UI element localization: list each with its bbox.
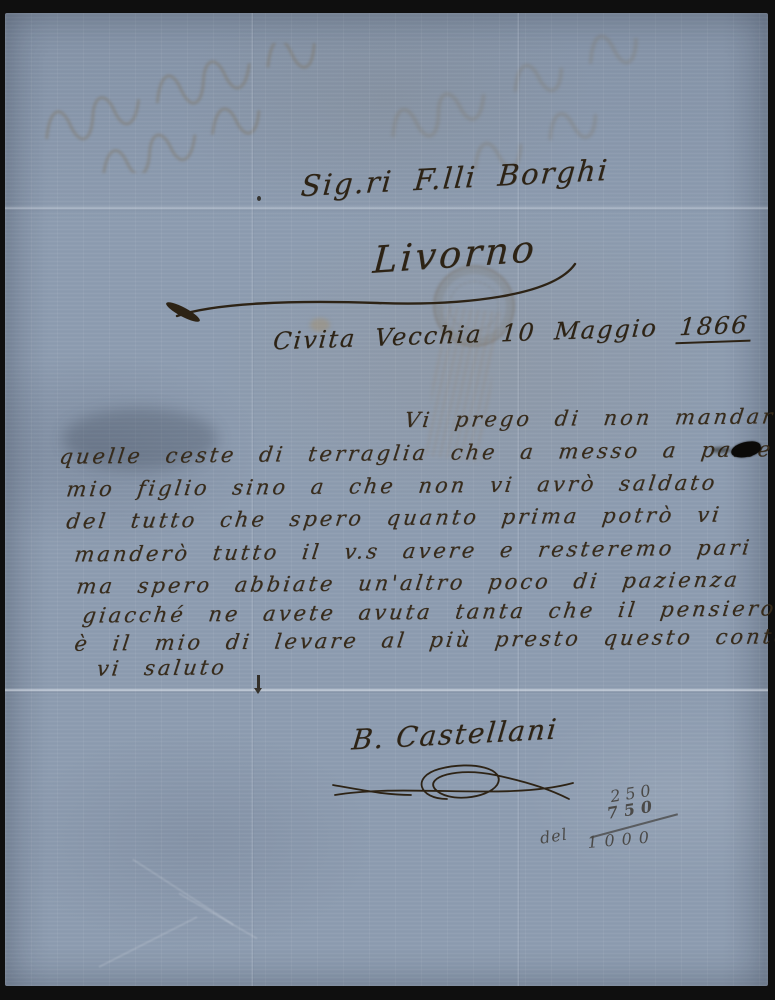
photo-background: Sig.ri F.lli Borghi Livorno Civita Vecch… (0, 0, 775, 1000)
fold-ink-mark (257, 675, 260, 690)
corner-scratch (179, 893, 258, 940)
signature-line: B. Castellani (303, 710, 606, 759)
body-line: giacché ne avete avuta tanta che il pens… (81, 596, 775, 627)
ink-smear (711, 447, 731, 453)
city-underline-flourish (153, 256, 583, 328)
body-line: mio figlio sino a che non vi avrò saldat… (65, 471, 719, 502)
fold-ink-mark-head (254, 688, 262, 694)
body-line: vi saluto (95, 655, 228, 680)
body-line: del tutto che spero quanto prima potrò v… (65, 503, 723, 534)
fold-crease-bottom (5, 688, 768, 693)
pencil-prefix: del (539, 825, 569, 848)
body-line: ma spero abbiate un'altro poco di pazien… (75, 568, 741, 599)
bleedthrough-ghost-writing-left (30, 43, 360, 173)
corner-scratch (99, 916, 198, 968)
body-line: manderò tutto il v.s avere e resteremo p… (73, 535, 754, 566)
ink-blot-main (730, 440, 762, 459)
body-line: è il mio di levare al più presto questo … (73, 624, 775, 655)
recipient-line: Sig.ri F.lli Borghi (239, 150, 671, 207)
pencil-number-column: 250 750 1000 (579, 773, 712, 881)
body-line: quelle ceste di terraglia che a messo a … (58, 437, 775, 468)
letter-sheet: Sig.ri F.lli Borghi Livorno Civita Vecch… (5, 13, 768, 986)
body-line: Vi prego di non mandar le (403, 404, 775, 432)
vertical-crease-left (251, 13, 254, 986)
fold-crease-top (5, 206, 768, 211)
ink-blot (725, 440, 761, 460)
pencil-total: 1000 (587, 827, 657, 852)
dateline-year: 1866 (675, 311, 753, 345)
